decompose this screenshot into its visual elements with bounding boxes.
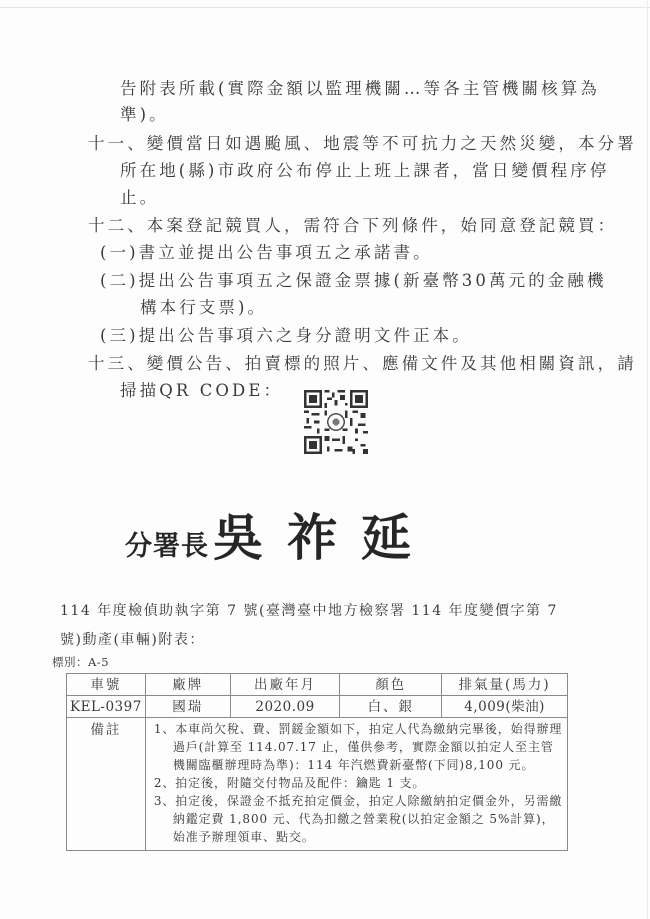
annex-heading-line2: 號)動產(車輛)附表： [60, 630, 205, 650]
lot-label: 標別：A-5 [52, 654, 109, 670]
header-brand: 廠牌 [145, 674, 230, 696]
cell-plate: KEL-0397 [67, 696, 146, 718]
table-row: KEL-0397 國瑞 2020.09 白、銀 4,009(柴油) [67, 696, 568, 718]
page-top-edge [0, 7, 650, 8]
body-line: 十一、變價當日如遇颱風、地震等不可抗力之天然災變，本分署 [88, 133, 637, 155]
page-right-edge [647, 0, 648, 919]
cell-displacement: 4,009(柴油) [442, 696, 568, 718]
signature-title: 分署長 [125, 531, 209, 562]
cell-color: 白、銀 [340, 696, 442, 718]
body-line: 十三、變價公告、拍賣標的照片、應備文件及其他相關資訊，請 [88, 353, 637, 375]
remarks-label: 備註 [67, 718, 146, 851]
header-manufacture-date: 出廠年月 [230, 674, 340, 696]
header-color: 顏色 [340, 674, 442, 696]
remark-item: 1、本車尚欠稅、費、罰鍰金額如下，拍定人代為繳納完畢後，始得辦理過戶(計算至 1… [154, 720, 563, 774]
signature-block: 分署長吳祚延 [125, 498, 435, 570]
remarks-content: 1、本車尚欠稅、費、罰鍰金額如下，拍定人代為繳納完畢後，始得辦理過戶(計算至 1… [145, 718, 567, 851]
remark-item: 3、拍定後，保證金不抵充拍定價金，拍定人除繳納拍定價金外，另需繳納鑑定費 1,8… [154, 792, 563, 846]
table-header-row: 車號 廠牌 出廠年月 顏色 排氣量(馬力) [67, 674, 568, 696]
remarks-row: 備註 1、本車尚欠稅、費、罰鍰金額如下，拍定人代為繳納完畢後，始得辦理過戶(計算… [67, 718, 568, 851]
annex-heading-line1: 114 年度檢偵助執字第 7 號(臺灣臺中地方檢察署 114 年度變價字第 7 [60, 601, 558, 621]
vehicle-table: 車號 廠牌 出廠年月 顏色 排氣量(馬力) KEL-0397 國瑞 2020.0… [66, 673, 568, 851]
body-line: 所在地(縣)市政府公布停止上班上課者，當日變價程序停 [120, 160, 609, 182]
body-line: 十二、本案登記競買人，需符合下列條件，始同意登記競買： [88, 215, 617, 237]
body-line: 掃描QR CODE： [120, 380, 283, 402]
cell-brand: 國瑞 [145, 696, 230, 718]
header-displacement: 排氣量(馬力) [442, 674, 568, 696]
cell-manufacture-date: 2020.09 [230, 696, 340, 718]
header-plate: 車號 [67, 674, 146, 696]
body-line: 準)。 [120, 104, 169, 126]
body-line: 構本行支票)。 [140, 297, 267, 319]
remark-item: 2、拍定後，附隨交付物品及配件：鑰匙 1 支。 [154, 774, 563, 792]
qr-code-icon[interactable] [304, 390, 368, 454]
body-line: 告附表所載(實際金額以監理機關…等各主管機關核算為 [120, 78, 600, 100]
body-line: 止。 [120, 187, 159, 209]
body-line: (一)書立並提出公告事項五之承諾書。 [100, 242, 433, 264]
document-page: 告附表所載(實際金額以監理機關…等各主管機關核算為 準)。 十一、變價當日如遇颱… [0, 0, 650, 919]
body-line: (三)提出公告事項六之身分證明文件正本。 [100, 325, 472, 347]
signature-name: 吳祚延 [213, 508, 435, 567]
body-line: (二)提出公告事項五之保證金票據(新臺幣30萬元的金融機 [100, 270, 607, 292]
